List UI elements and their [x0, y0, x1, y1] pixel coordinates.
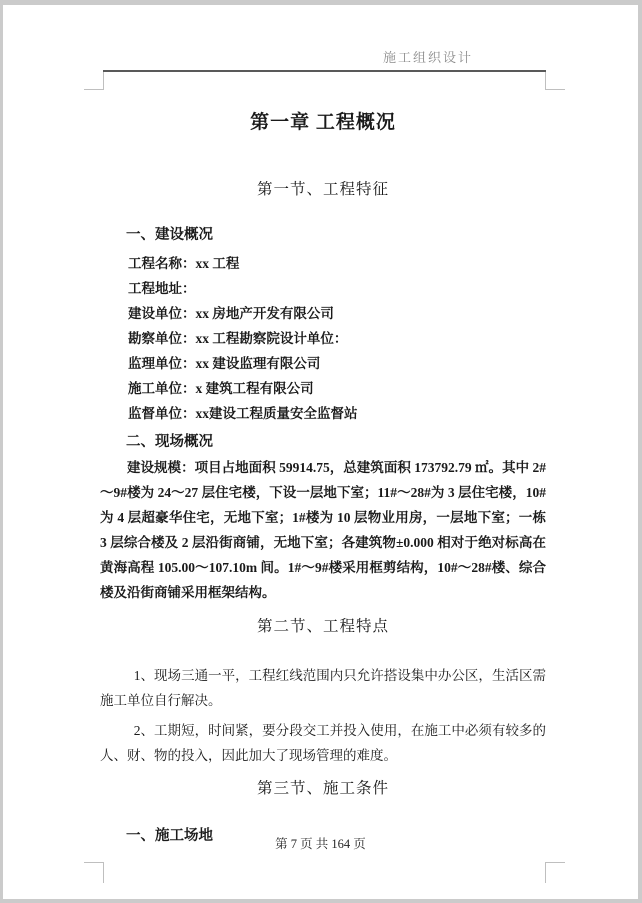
crop-mark-top-right: [545, 72, 546, 90]
paragraph-feature-1: 1、现场三通一平，工程红线范围内只允许搭设集中办公区，生活区需施工单位自行解决。: [100, 663, 546, 713]
chapter-title: 第一章 工程概况: [100, 110, 546, 136]
info-item-project-name: 工程名称：xx 工程: [128, 251, 546, 276]
info-item-construction-unit: 施工单位：x 建筑工程有限公司: [128, 376, 546, 401]
page-header-title: 施工组织设计: [383, 50, 473, 66]
crop-mark-top-left: [84, 89, 103, 90]
info-item-survey-unit: 勘察单位：xx 工程勘察院设计单位：: [128, 326, 546, 351]
info-item-owner-unit: 建设单位：xx 房地产开发有限公司: [128, 301, 546, 326]
crop-mark-top-left: [103, 72, 104, 90]
section-title-3: 第三节、施工条件: [100, 779, 546, 799]
paragraph-construction-scale: 建设规模：项目占地面积 59914.75，总建筑面积 173792.79 ㎡。其…: [100, 455, 546, 605]
document-body: 第一章 工程概况 第一节、工程特征 一、建设概况 工程名称：xx 工程 工程地址…: [100, 100, 546, 846]
project-info-list: 工程名称：xx 工程 工程地址： 建设单位：xx 房地产开发有限公司 勘察单位：…: [128, 251, 546, 426]
crop-mark-bottom-left: [84, 862, 103, 863]
info-item-oversight-unit: 监督单位：xx建设工程质量安全监督站: [128, 401, 546, 426]
section-title-2: 第二节、工程特点: [100, 617, 546, 637]
subsection-heading-site-overview: 二、现场概况: [126, 433, 546, 452]
info-item-supervision-unit: 监理单位：xx 建设监理有限公司: [128, 351, 546, 376]
section-title-1: 第一节、工程特征: [100, 180, 546, 200]
subsection-heading-construction-overview: 一、建设概况: [126, 226, 546, 245]
crop-mark-bottom-left: [103, 862, 104, 883]
crop-mark-bottom-right: [546, 862, 565, 863]
document-page: 施工组织设计 第一章 工程概况 第一节、工程特征 一、建设概况 工程名称：xx …: [0, 0, 642, 903]
info-item-project-address: 工程地址：: [128, 276, 546, 301]
page-number: 第 7 页 共 164 页: [3, 837, 638, 851]
header-rule: [103, 70, 546, 72]
crop-mark-bottom-right: [545, 862, 546, 883]
paragraph-feature-2: 2、工期短，时间紧，要分段交工并投入使用，在施工中必须有较多的人、财、物的投入，…: [100, 718, 546, 768]
crop-mark-top-right: [546, 89, 565, 90]
